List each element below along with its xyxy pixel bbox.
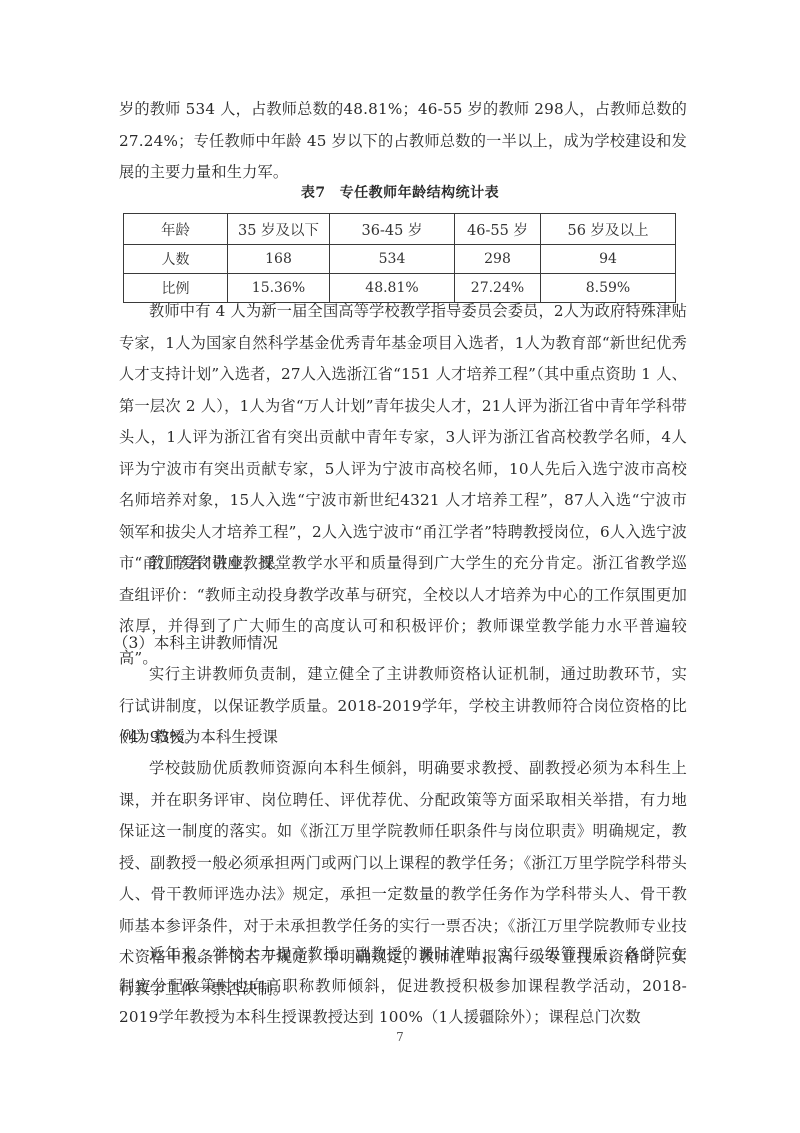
page-number: 7 <box>0 1030 800 1044</box>
table-cell: 298 <box>455 245 541 274</box>
table-cell: 94 <box>541 245 676 274</box>
table-caption-number: 表7 <box>301 185 326 201</box>
section-heading-4: （4）教授为本科生授课 <box>113 722 278 753</box>
section-heading-3: （3）本科主讲教师情况 <box>113 628 278 659</box>
table-caption-title: 专任教师年龄结构统计表 <box>340 185 500 201</box>
document-page: 岁的教师 534 人，占教师总数的48.81%；46-55 岁的教师 298人，… <box>0 0 800 1133</box>
paragraph-teacher-honors: 教师中有 4 人为新一届全国高等学校教学指导委员会委员，2人为政府特殊津贴专家，… <box>119 296 687 580</box>
table-row-count: 人数 168 534 298 94 <box>124 245 676 274</box>
table-header-cell: 年龄 <box>124 214 228 245</box>
table-header-cell: 35 岁及以下 <box>228 214 330 245</box>
table-header-cell: 36-45 岁 <box>330 214 455 245</box>
table-header-cell: 56 岁及以上 <box>541 214 676 245</box>
table-header-row: 年龄 35 岁及以下 36-45 岁 46-55 岁 56 岁及以上 <box>124 214 676 245</box>
paragraph-age-summary: 岁的教师 534 人，占教师总数的48.81%；46-55 岁的教师 298人，… <box>119 94 687 189</box>
table-header-cell: 46-55 岁 <box>455 214 541 245</box>
table-caption: 表7专任教师年龄结构统计表 <box>0 182 800 202</box>
age-structure-table: 年龄 35 岁及以下 36-45 岁 46-55 岁 56 岁及以上 人数 16… <box>123 213 676 303</box>
paragraph-recent-years: 近年来，学校大力提高教授、副教授的课时津贴，实行二级管理后，各学院在制定分配政策… <box>119 939 687 1034</box>
table-cell: 534 <box>330 245 455 274</box>
table-cell: 人数 <box>124 245 228 274</box>
table-cell: 168 <box>228 245 330 274</box>
